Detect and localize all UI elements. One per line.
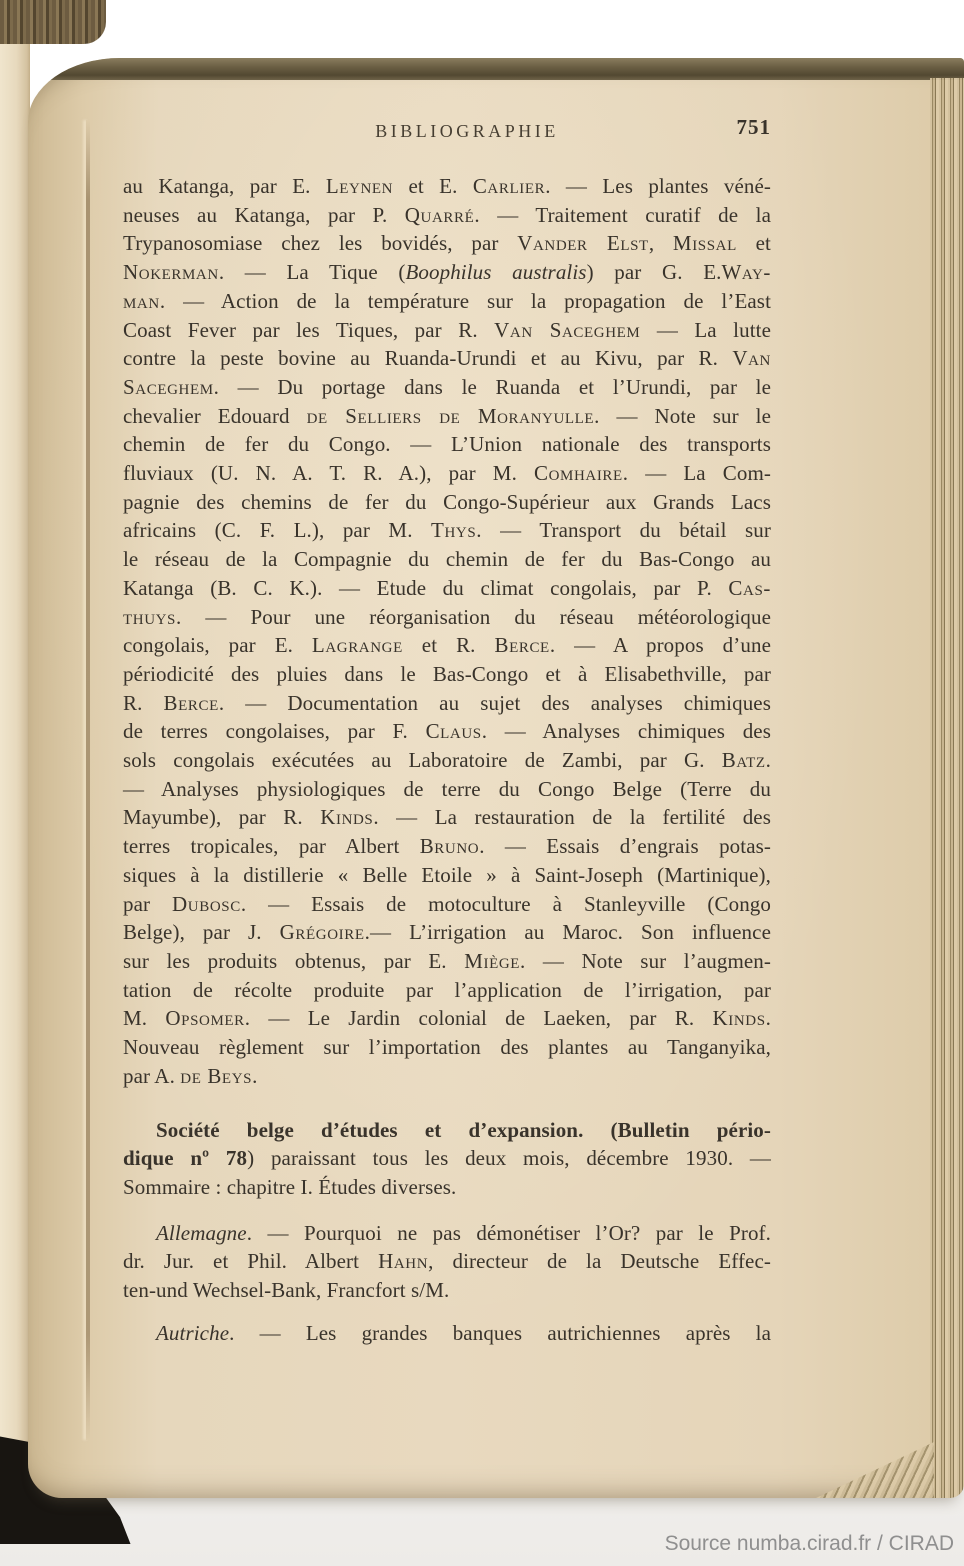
text-line: Katanga (B. C. K.). — Etude du climat co… xyxy=(123,574,771,603)
text-line: neuses au Katanga, par P. Quarré. — Trai… xyxy=(123,201,771,230)
text-line: contre la peste bovine au Ruanda-Urundi … xyxy=(123,344,771,373)
paragraph: au Katanga, par E. Leynen et E. Carlier.… xyxy=(123,172,771,1091)
gutter-crease xyxy=(86,120,90,1440)
fanned-page-edges xyxy=(816,1442,934,1498)
paragraph: Allemagne. — Pourquoi ne pas démonétiser… xyxy=(123,1219,771,1305)
text-line: Nokerman. — La Tique (Boophilus australi… xyxy=(123,258,771,287)
running-title: BIBLIOGRAPHIE xyxy=(375,121,559,141)
text-line: au Katanga, par E. Leynen et E. Carlier.… xyxy=(123,172,771,201)
text-line: de terres congolaises, par F. Claus. — A… xyxy=(123,717,771,746)
text-line: par A. de Beys. xyxy=(123,1062,771,1091)
text-line: pagnie des chemins de fer du Congo-Supér… xyxy=(123,488,771,517)
paragraphs-container: au Katanga, par E. Leynen et E. Carlier.… xyxy=(123,172,771,1347)
text-line: sols congolais exécutées au Laboratoire … xyxy=(123,746,771,775)
text-line: thuys. — Pour une réorganisation du rése… xyxy=(123,603,771,632)
page-header: BIBLIOGRAPHIE 751 xyxy=(123,116,771,142)
text-line: chevalier Edouard de Selliers de Moranyu… xyxy=(123,402,771,431)
page-stack-edges xyxy=(930,78,964,1498)
text-line: man. — Action de la température sur la p… xyxy=(123,287,771,316)
text-line: périodicité des pluies dans le Bas-Congo… xyxy=(123,660,771,689)
source-attribution: Source numba.cirad.fr / CIRAD xyxy=(665,1532,954,1556)
text-line: tation de récolte produite par l’applica… xyxy=(123,976,771,1005)
text-line: Trypanosomiase chez les bovidés, par Van… xyxy=(123,229,771,258)
text-block: BIBLIOGRAPHIE 751 au Katanga, par E. Ley… xyxy=(123,116,771,1347)
text-line: siques à la distillerie « Belle Etoile »… xyxy=(123,861,771,890)
page-number: 751 xyxy=(737,113,772,142)
page-top-edge xyxy=(28,58,964,80)
text-line: ten-und Wechsel-Bank, Francfort s/M. xyxy=(123,1276,771,1305)
text-line: le réseau de la Compagnie du chemin de f… xyxy=(123,545,771,574)
book-photo: BIBLIOGRAPHIE 751 au Katanga, par E. Ley… xyxy=(0,0,964,1566)
text-line: africains (C. F. L.), par M. Thys. — Tra… xyxy=(123,516,771,545)
text-line: Saceghem. — Du portage dans le Ruanda et… xyxy=(123,373,771,402)
text-line: M. Opsomer. — Le Jardin colonial de Laek… xyxy=(123,1004,771,1033)
text-line: par Dubosc. — Essais de motoculture à St… xyxy=(123,890,771,919)
text-line: dr. Jur. et Phil. Albert Hahn, directeur… xyxy=(123,1247,771,1276)
text-line: chemin de fer du Congo. — L’Union nation… xyxy=(123,430,771,459)
text-line: — Analyses physiologiques de terre du Co… xyxy=(123,775,771,804)
text-line: fluviaux (U. N. A. T. R. A.), par M. Com… xyxy=(123,459,771,488)
text-line: Mayumbe), par R. Kinds. — La restauratio… xyxy=(123,803,771,832)
facing-page-edge xyxy=(0,44,30,1448)
text-line: R. Berce. — Documentation au sujet des a… xyxy=(123,689,771,718)
paragraph: Société belge d’études et d’expansion. (… xyxy=(123,1116,771,1202)
text-line: Société belge d’études et d’expansion. (… xyxy=(123,1116,771,1145)
text-line: Allemagne. — Pourquoi ne pas démonétiser… xyxy=(123,1219,771,1248)
text-line: congolais, par E. Lagrange et R. Berce. … xyxy=(123,631,771,660)
text-line: terres tropicales, par Albert Bruno. — E… xyxy=(123,832,771,861)
text-line: Sommaire : chapitre I. Études diverses. xyxy=(123,1173,771,1202)
text-line: Belge), par J. Grégoire.— L’irrigation a… xyxy=(123,918,771,947)
text-line: dique nº 78) paraissant tous les deux mo… xyxy=(123,1144,771,1173)
text-line: Nouveau règlement sur l’importation des … xyxy=(123,1033,771,1062)
text-line: Coast Fever par les Tiques, par R. Van S… xyxy=(123,316,771,345)
paragraph: Autriche. — Les grandes banques autrichi… xyxy=(123,1319,771,1348)
book-page: BIBLIOGRAPHIE 751 au Katanga, par E. Ley… xyxy=(28,58,964,1498)
binding-top-stub xyxy=(0,0,106,44)
text-line: Autriche. — Les grandes banques autrichi… xyxy=(123,1319,771,1348)
text-line: sur les produits obtenus, par E. Miège. … xyxy=(123,947,771,976)
